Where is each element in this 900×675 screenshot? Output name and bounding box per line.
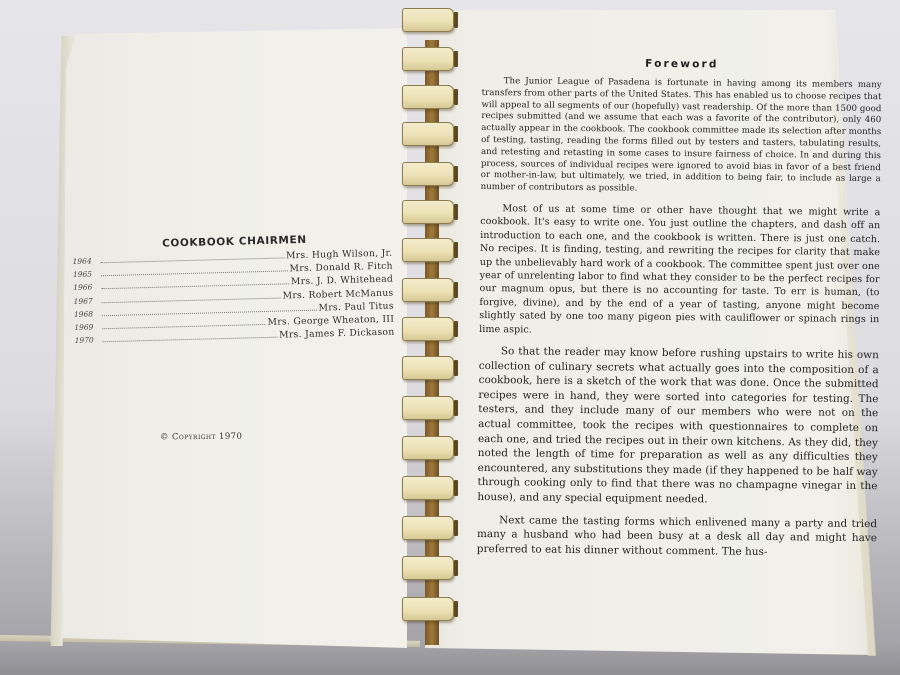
leader-dots	[101, 270, 288, 277]
spiral-coil	[402, 8, 454, 32]
chairman-name: Mrs. George Wheaton, III	[267, 314, 394, 328]
leader-dots	[101, 283, 289, 290]
leader-dots	[102, 296, 281, 303]
chairman-year: 1969	[74, 322, 102, 332]
chairman-name: Mrs. J. D. Whitehead	[291, 274, 393, 288]
spiral-coil	[402, 278, 454, 302]
spiral-coil	[402, 317, 454, 341]
spiral-coil	[402, 476, 454, 500]
leader-dots	[101, 256, 285, 263]
foreword-paragraph: So that the reader may know before rushi…	[477, 344, 879, 509]
spiral-coil	[402, 396, 454, 420]
chairman-year: 1967	[73, 296, 101, 306]
spiral-coil	[402, 238, 454, 262]
foreword-paragraph: The Junior League of Pasadena is fortuna…	[481, 76, 882, 198]
foreword-paragraph: Most of us at some time or other have th…	[479, 202, 880, 340]
spiral-coil	[402, 597, 454, 621]
chairman-year: 1964	[72, 256, 100, 266]
chairman-year: 1965	[73, 269, 101, 279]
leader-dots	[103, 336, 278, 343]
chairmen-list: COOKBOOK CHAIRMEN 1964Mrs. Hugh Wilson, …	[72, 232, 395, 349]
spiral-coil	[402, 162, 454, 186]
spiral-coil	[402, 436, 454, 460]
copyright-notice: © Copyright 1970	[160, 432, 242, 443]
leader-dots	[102, 323, 265, 329]
spiral-coil	[402, 356, 454, 380]
chairman-year: 1970	[75, 335, 103, 345]
chairman-name: Mrs. Robert McManus	[283, 287, 394, 301]
leader-dots	[102, 308, 317, 316]
photo-scene: COOKBOOK CHAIRMEN 1964Mrs. Hugh Wilson, …	[0, 0, 900, 675]
foreword-section: Foreword The Junior League of Pasadena i…	[477, 56, 882, 569]
spiral-coil	[402, 516, 454, 540]
chairman-name: Mrs. Paul Titus	[318, 300, 394, 313]
foreword-paragraph: Next came the tasting forms which enlive…	[477, 513, 877, 561]
chairman-year: 1966	[73, 283, 101, 293]
spiral-coil	[402, 47, 454, 71]
spiral-coil	[402, 200, 454, 224]
chairman-name: Mrs. Donald R. Fitch	[289, 261, 392, 275]
chairman-name: Mrs. James F. Dickason	[279, 327, 395, 341]
spiral-coil	[402, 122, 454, 146]
spiral-coil	[402, 556, 454, 580]
spiral-coil	[402, 85, 454, 109]
chairman-name: Mrs. Hugh Wilson, Jr.	[286, 248, 393, 262]
chairman-year: 1968	[74, 309, 102, 319]
